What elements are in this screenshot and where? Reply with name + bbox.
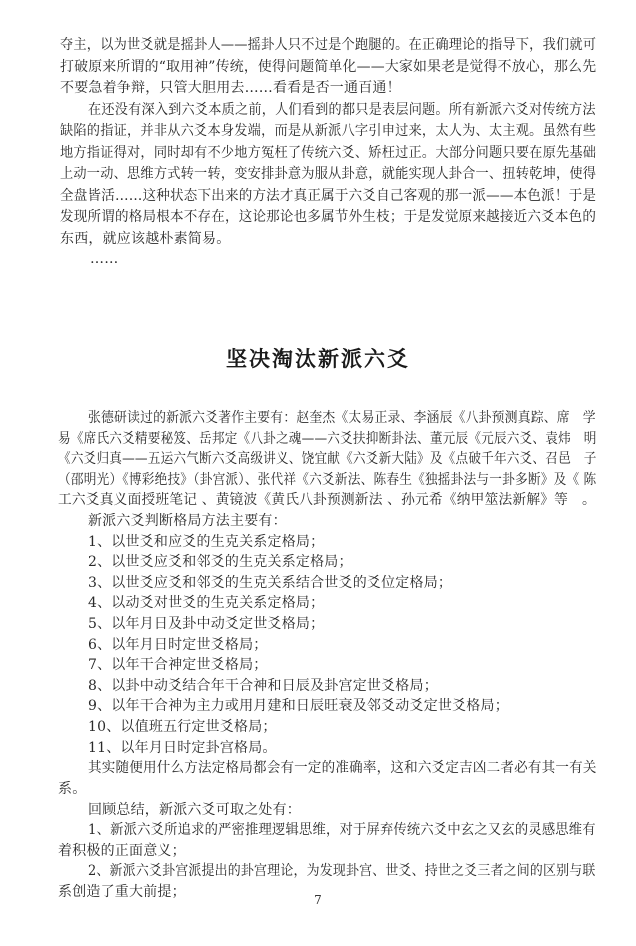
paragraph-line: 着积极的正面意义； — [58, 841, 186, 861]
paragraph-line: 全盘皆活……这种状态下出来的方法才真正属于六爻自己客观的那一派——本色派！于是 — [60, 186, 596, 206]
list-item: 11、以年月日时定卦宫格局。 — [88, 738, 277, 758]
paragraph-line: 在还没有深入到六爻本质之前，人们看到的都只是表层问题。所有新派六爻对传统方法 — [88, 100, 596, 120]
paragraph-line: 缺陷的指证，并非从六爻本身发端，而是从新派八字引申过来，太人为、太主观。虽然有些 — [60, 121, 596, 141]
paragraph-line: 张德研读过的新派六爻著作主要有：赵奎杰《太易正录、李涵辰《八卦预测真踪、席 学 — [88, 408, 596, 428]
list-item: 7、以年干合神定世爻格局； — [88, 655, 268, 675]
paragraph-line: 不要急着争辩，只管大胆用去……看看是否一通百通！ — [60, 78, 401, 98]
paragraph-line: 工六爻真义面授班笔记 、黄镜波《黄氏八卦预测新法 、孙元希《纳甲筮法新解》等 。 — [58, 490, 596, 510]
paragraph-line: 新派六爻判断格局方法主要有： — [88, 511, 287, 531]
list-item: 9、以年干合神为主力或用月建和日辰旺衰及邻爻动爻定世爻格局； — [88, 696, 509, 716]
list-item: 10、以值班五行定世爻格局； — [88, 717, 277, 737]
list-item: 1、新派六爻所追求的严密推理逻辑思维，对于屏弃传统六爻中玄之又玄的灵感思维有 — [88, 820, 596, 840]
paragraph-line: 上动一动、思维方式转一转，变安排卦意为服从卦意，就能实现人卦合一、扭转乾坤，使得 — [60, 164, 596, 184]
paragraph-line: 《六爻归真——五运六气断六爻高级讲义、饶宜献《六爻新大陆》及《点破千年六爻、召邑… — [58, 449, 597, 469]
list-item: 2、新派六爻卦宫派提出的卦宫理论，为发现卦宫、世爻、持世之爻三者之间的区别与联 — [88, 861, 596, 881]
paragraph-line: 夺主，以为世爻就是摇卦人——摇卦人只不过是个跑腿的。在正确理论的指导下，我们就可 — [60, 35, 596, 55]
paragraph-line: 回顾总结，新派六爻可取之处有： — [88, 800, 301, 820]
list-item: 6、以年月日时定世爻格局； — [88, 635, 268, 655]
paragraph-line: 打破原来所谓的“取用神”传统，使得问题简单化——大家如果老是觉得不放心，那么先 — [60, 57, 596, 77]
paragraph-line: 易《席氏六爻精要秘笈、岳邦定《八卦之魂——六爻扶抑断卦法、董元辰《元辰六爻、袁炜… — [58, 429, 597, 449]
paragraph-line: 东西，就应该越朴素简易。 — [60, 229, 230, 249]
list-item: 5、以年月日及卦中动爻定世爻格局； — [88, 614, 324, 634]
ellipsis: …… — [90, 249, 118, 269]
list-item: 3、以世爻应爻和邻爻的生克关系结合世爻的爻位定格局； — [88, 573, 452, 593]
paragraph-line: （邵明光）《博彩绝技》（卦宫派）、张代祥《六爻新法、陈春生《独摇卦法与一卦多断》… — [58, 470, 596, 490]
paragraph-line: 地方指证得对，同时却有不少地方冤枉了传统六爻、矫枉过正。大部分问题只要在原先基础 — [60, 143, 596, 163]
paragraph-line: 其实随便用什么方法定格局都会有一定的准确率，这和六爻定吉凶二者必有其一有关 — [88, 758, 597, 778]
list-item: 4、以动爻对世爻的生克关系定格局； — [88, 593, 324, 613]
paragraph-line: 发现所谓的格局根本不存在，这论那论也多属节外生枝；于是发觉原来越接近六爻本色的 — [60, 207, 596, 227]
section-title: 坚决淘汰新派六爻 — [0, 343, 636, 373]
list-item: 2、以世爻应爻和邻爻的生克关系定格局； — [88, 552, 353, 572]
list-item: 1、以世爻和应爻的生克关系定格局； — [88, 532, 324, 552]
paragraph-line: 系。 — [58, 779, 86, 799]
list-item: 8、以卦中动爻结合年干合神和日辰及卦宫定世爻格局； — [88, 676, 438, 696]
page-number: 7 — [0, 893, 636, 907]
